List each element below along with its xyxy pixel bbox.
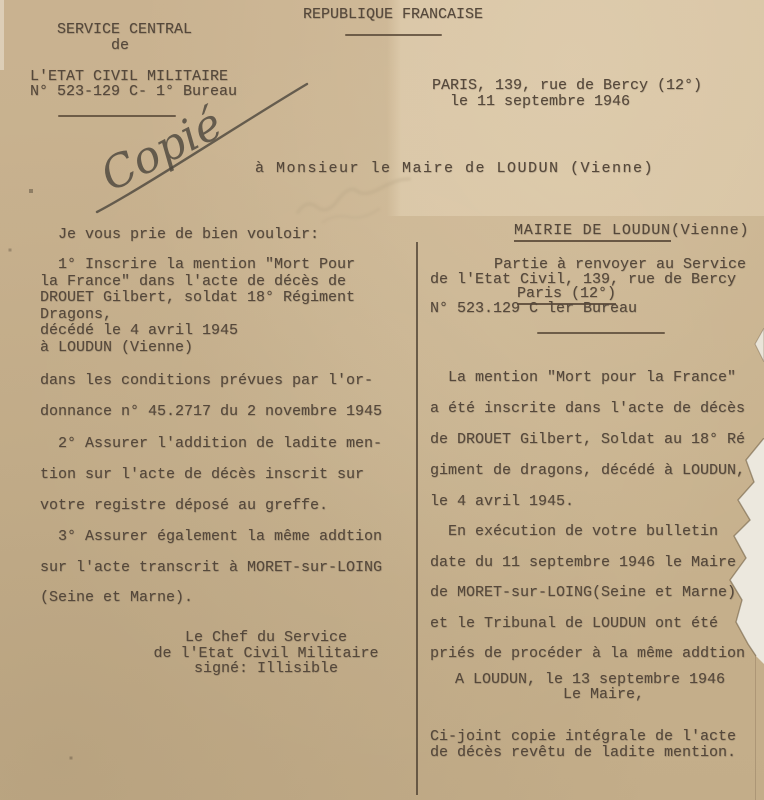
handwritten-copy-annotation: Copié xyxy=(75,80,325,220)
republic-title-underline xyxy=(345,34,442,36)
left-signature-block: Le Chef du Service de l'Etat Civil Milit… xyxy=(148,630,384,677)
left-intro: Je vous prie de bien vouloir: xyxy=(40,226,319,243)
paper-crease-line xyxy=(755,648,756,800)
right-para2: En exécution de votre bulletin date du 1… xyxy=(430,517,745,670)
ghost-bleedthrough-writing xyxy=(293,176,443,228)
right-section-rule xyxy=(537,332,665,334)
right-title-suffix: (Vienne) xyxy=(671,222,749,239)
left-item1-continuation: dans les conditions prévues par l'or- do… xyxy=(40,366,382,427)
handwritten-copy-text: Copié xyxy=(93,98,231,202)
left-item3: 3° Assurer également la même addtion sur… xyxy=(40,522,382,614)
paper-speck xyxy=(0,0,2,2)
left-item2: 2° Assurer l'addition de ladite men- tio… xyxy=(40,428,382,521)
republic-title: REPUBLIQUE FRANCAISE xyxy=(303,6,483,23)
right-title: MAIRIE DE LOUDUN(Vienne) xyxy=(514,222,749,239)
return-note-ref: N° 523.129 C ler Bureau xyxy=(430,300,637,317)
scanned-letter-page: REPUBLIQUE FRANCAISE SERVICE CENTRAL de … xyxy=(0,0,764,800)
place-date-block: PARIS, 139, rue de Bercy (12°) le 11 sep… xyxy=(432,78,702,109)
torn-paper-edge xyxy=(728,438,764,664)
right-para1: La mention "Mort pour la France" a été i… xyxy=(430,362,745,517)
recipient-line: à Monsieur le Maire de LOUDUN (Vienne) xyxy=(255,160,654,177)
left-item1: 1° Inscrire la mention "Mort Pour la Fra… xyxy=(40,257,355,356)
column-divider-line xyxy=(416,242,418,795)
right-title-main: MAIRIE DE LOUDUN xyxy=(514,222,671,242)
closing-signer: Le Maire, xyxy=(563,686,644,703)
torn-paper-notch xyxy=(752,328,764,362)
paper-edge-highlight xyxy=(0,0,4,70)
right-postscript: Ci-joint copie intégrale de l'acte de dé… xyxy=(430,729,736,760)
